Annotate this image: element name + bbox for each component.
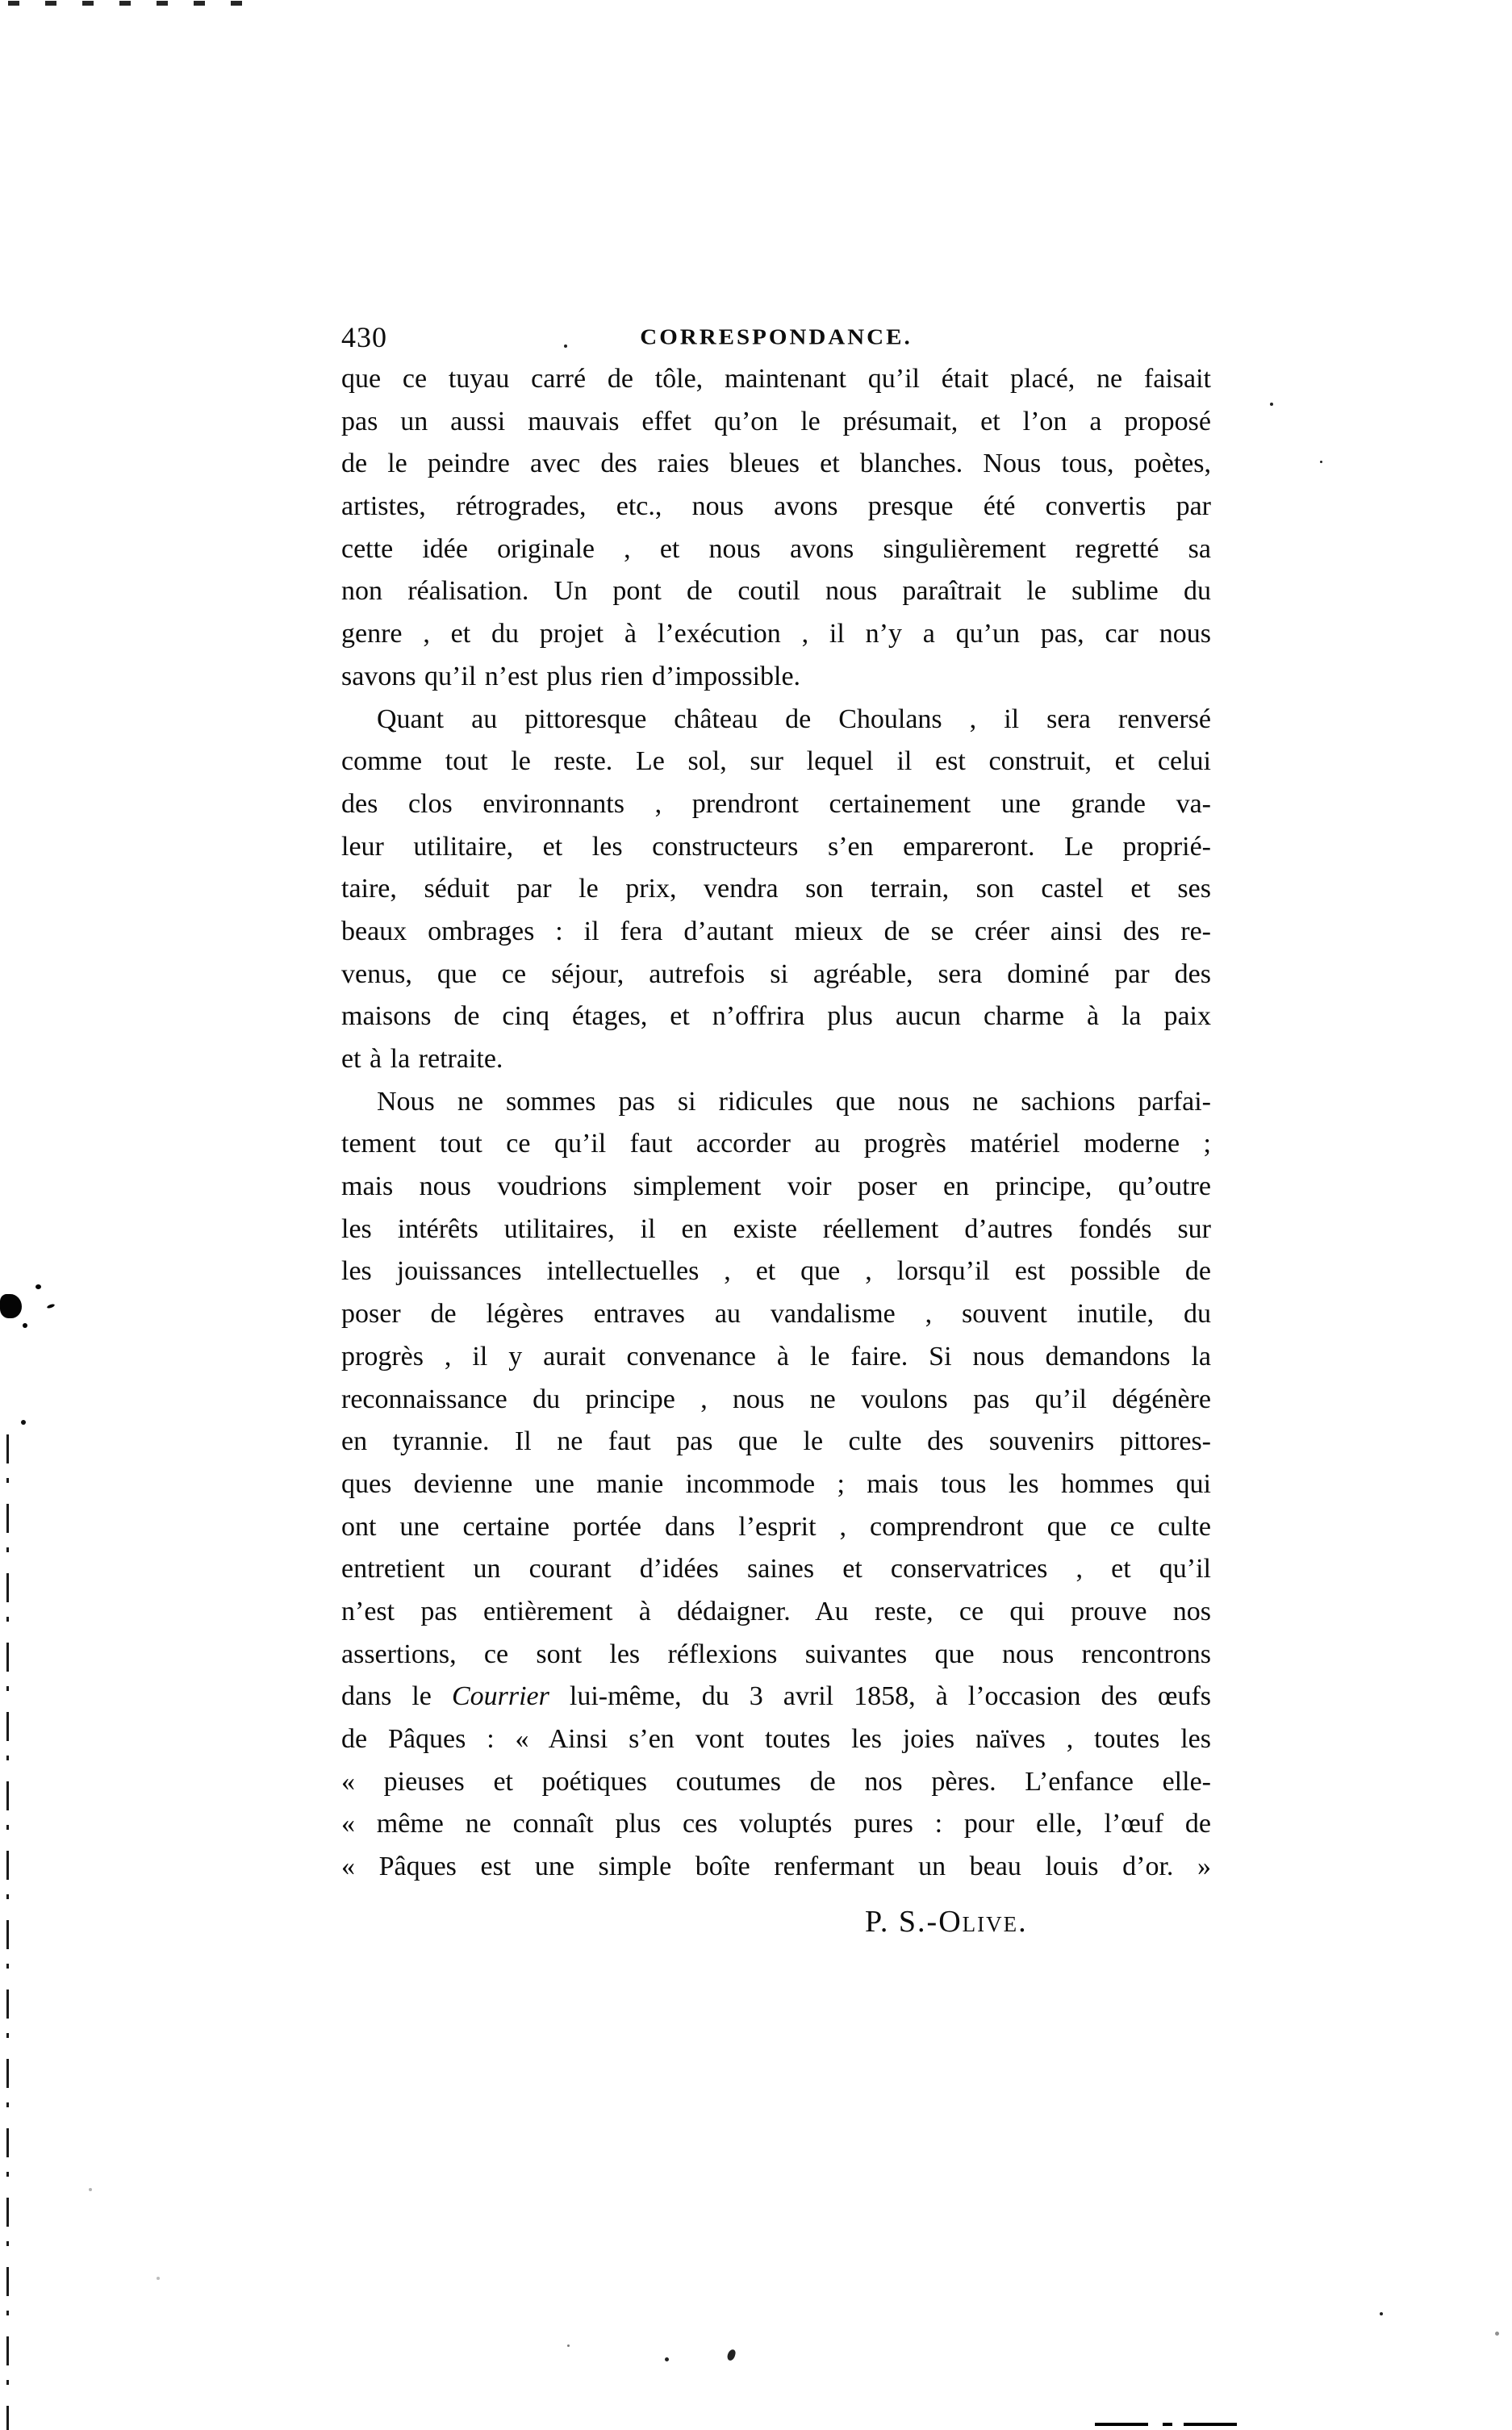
text-line: progrès , il y aurait convenance à le fa… (341, 1336, 1211, 1379)
text-line: « même ne connaît plus ces voluptés pure… (341, 1803, 1211, 1846)
text-line: leur utilitaire, et les constructeurs s’… (341, 826, 1211, 869)
text-line: « Pâques est une simple boîte renfermant… (341, 1846, 1211, 1889)
signature: P. S.-Olive. (865, 1904, 1028, 1939)
text-line: que ce tuyau carré de tôle, maintenant q… (341, 358, 1211, 401)
text-line: « pieuses et poétiques coutumes de nos p… (341, 1761, 1211, 1804)
text-line: pas un aussi mauvais effet qu’on le prés… (341, 401, 1211, 444)
ink-blot-speck (36, 1284, 41, 1289)
ink-blot-speck (23, 1323, 27, 1328)
scan-artifact-speck (157, 2277, 160, 2280)
text-line: maisons de cinq étages, et n’offrira plu… (341, 996, 1211, 1038)
scan-artifact-bottom-dashes (1095, 2423, 1237, 2426)
text-line: de Pâques : « Ainsi s’en vont toutes les… (341, 1718, 1211, 1761)
scan-artifact-speck (665, 2357, 669, 2361)
text-line: et à la retraite. (341, 1038, 1211, 1081)
text-line: non réalisation. Un pont de coutil nous … (341, 570, 1211, 613)
text-line: entretient un courant d’idées saines et … (341, 1548, 1211, 1591)
scan-artifact-fold-line (6, 1434, 9, 2430)
text-line: Quant au pittoresque château de Choulans… (341, 699, 1211, 741)
text-line: beaux ombrages : il fera d’autant mieux … (341, 911, 1211, 954)
text-line: taire, séduit par le prix, vendra son te… (341, 868, 1211, 911)
scan-artifact-speck (89, 2188, 92, 2191)
ink-blot (0, 1294, 22, 1318)
text-line: genre , et du projet à l’exécution , il … (341, 613, 1211, 656)
scan-artifact-dot (21, 1420, 26, 1425)
text-line: de le peindre avec des raies bleues et b… (341, 443, 1211, 486)
book-page: 430 CORRESPONDANCE. que ce tuyau carré d… (0, 0, 1512, 2430)
scan-artifact-speck (1495, 2332, 1499, 2336)
body-text: que ce tuyau carré de tôle, maintenant q… (341, 358, 1211, 1889)
scan-artifact-speck (1270, 403, 1273, 406)
text-line: reconnaissance du principe , nous ne vou… (341, 1379, 1211, 1422)
text-line: les jouissances intellectuelles , et que… (341, 1250, 1211, 1293)
text-line: ques devienne une manie incommode ; mais… (341, 1463, 1211, 1506)
text-line: ont une certaine portée dans l’esprit , … (341, 1506, 1211, 1549)
text-line: comme tout le reste. Le sol, sur lequel … (341, 741, 1211, 783)
text-line: venus, que ce séjour, autrefois si agréa… (341, 954, 1211, 996)
text-line: cette idée originale , et nous avons sin… (341, 528, 1211, 571)
scan-artifact-speck (567, 2344, 570, 2347)
ink-blot-speck (47, 1303, 56, 1309)
text-line: n’est pas entièrement à dédaigner. Au re… (341, 1591, 1211, 1634)
scan-artifact-speck (1320, 461, 1322, 463)
text-line: Nous ne sommes pas si ridicules que nous… (341, 1081, 1211, 1124)
text-line: artistes, rétrogrades, etc., nous avons … (341, 486, 1211, 528)
text-line: les intérêts utilitaires, il en existe r… (341, 1209, 1211, 1251)
text-line: dans le Courrier lui-même, du 3 avril 18… (341, 1676, 1211, 1718)
text-line: des clos environnants , prendront certai… (341, 783, 1211, 826)
scan-artifact-top-dashes (8, 1, 242, 6)
text-line: tement tout ce qu’il faut accorder au pr… (341, 1123, 1211, 1166)
text-line: mais nous voudrions simplement voir pose… (341, 1166, 1211, 1209)
page-header-row: 430 CORRESPONDANCE. (341, 318, 1211, 357)
running-header-title: CORRESPONDANCE. (341, 319, 1211, 356)
scan-artifact-speck (1380, 2312, 1383, 2315)
text-line: savons qu’il n’est plus rien d’impossibl… (341, 656, 1211, 699)
text-line: poser de légères entraves au vandalisme … (341, 1293, 1211, 1336)
scan-artifact-speck (726, 2349, 736, 2361)
text-line: assertions, ce sont les réflexions suiva… (341, 1634, 1211, 1676)
text-line: en tyrannie. Il ne faut pas que le culte… (341, 1421, 1211, 1463)
